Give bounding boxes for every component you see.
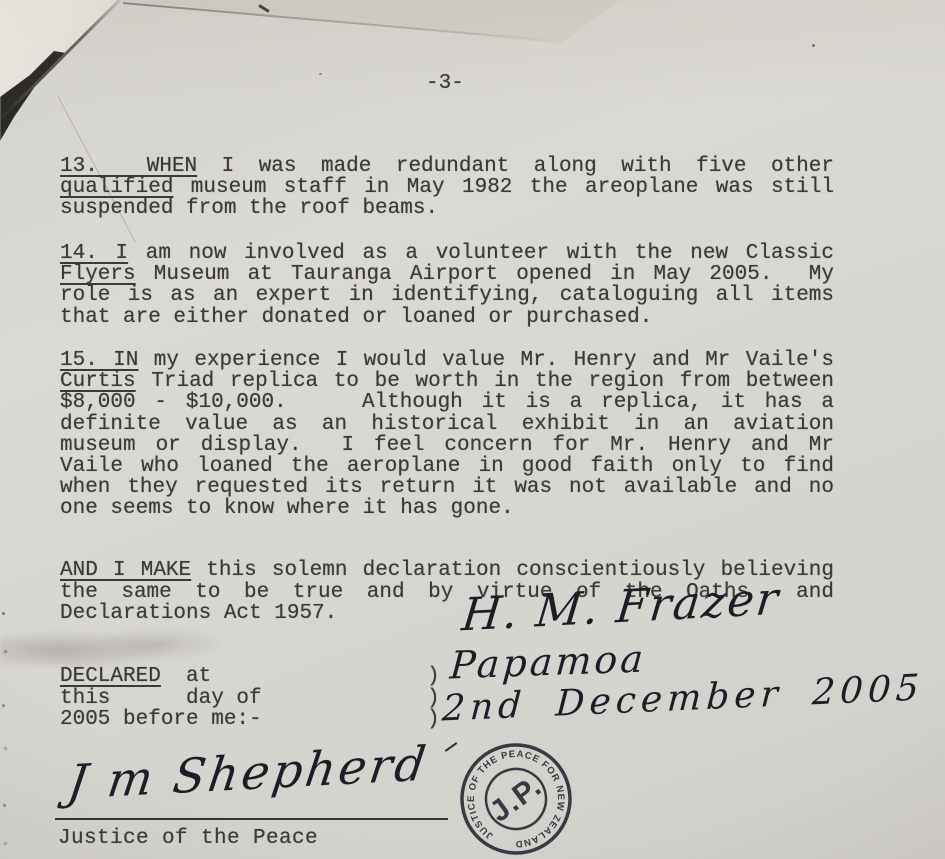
typed-line: museum or display. I feel concern for Mr…: [60, 435, 834, 456]
typed-line: qualified museum staff in May 1982 the a…: [60, 177, 834, 198]
typed-line: that are either donated or loaned or pur…: [60, 307, 834, 328]
signature-line: [55, 818, 448, 820]
underlined-lead: Curtis: [60, 370, 136, 393]
paragraph-14: 14. I am now involved as a volunteer wit…: [60, 243, 834, 328]
typed-line: 15. IN my experience I would value Mr. H…: [60, 350, 834, 371]
underlined-lead: Flyers: [60, 263, 136, 286]
underlined-lead: AND I MAKE: [60, 559, 191, 582]
paragraph-13: 13. WHEN I was made redundant along with…: [60, 156, 834, 220]
typed-line: 13. WHEN I was made redundant along with…: [60, 156, 834, 177]
underlined-lead: 15. IN: [60, 349, 138, 372]
jp-stamp: JUSTICE OF THE PEACE FOR NEW ZEALAND J.P…: [448, 738, 584, 859]
underlined-lead: DECLARED: [60, 665, 161, 688]
typed-line: Vaile who loaned the aeroplane in good f…: [60, 456, 834, 477]
typed-line: definite value as an historical exhibit …: [60, 414, 834, 435]
typed-line: Curtis Triad replica to be worth in the …: [60, 371, 834, 392]
bracket: ): [427, 665, 440, 688]
typed-line: one seems to know where it has gone.: [60, 498, 834, 519]
typed-line: role is as an expert in identifying, cat…: [60, 285, 834, 306]
scanned-declaration-page: -3- 13. WHEN I was made redundant along …: [0, 0, 945, 859]
bracket: ): [427, 687, 440, 710]
underlined-lead: 13. WHEN: [60, 155, 197, 178]
typed-line: when they requested its return it was no…: [60, 477, 834, 498]
typed-line: suspended from the roof beams.: [60, 198, 834, 219]
typed-line: 14. I am now involved as a volunteer wit…: [60, 243, 834, 264]
typed-line: Flyers Museum at Tauranga Airport opened…: [60, 264, 834, 285]
underlined-lead: 14. I: [60, 242, 128, 265]
typed-line: $8,000 - $10,000. Although it is a repli…: [60, 392, 834, 413]
jp-title: Justice of the Peace: [58, 827, 318, 850]
paper-speck: [812, 44, 815, 47]
paper-speck: [319, 73, 322, 75]
edge-specks: [2, 612, 5, 615]
page-number: -3-: [426, 72, 464, 95]
scan-smudge: [0, 628, 275, 668]
jp-signature: J m Shepherd: [64, 736, 432, 810]
paragraph-15: 15. IN my experience I would value Mr. H…: [60, 350, 834, 520]
bracket: ): [427, 708, 440, 731]
underlined-lead: qualified: [60, 176, 173, 199]
